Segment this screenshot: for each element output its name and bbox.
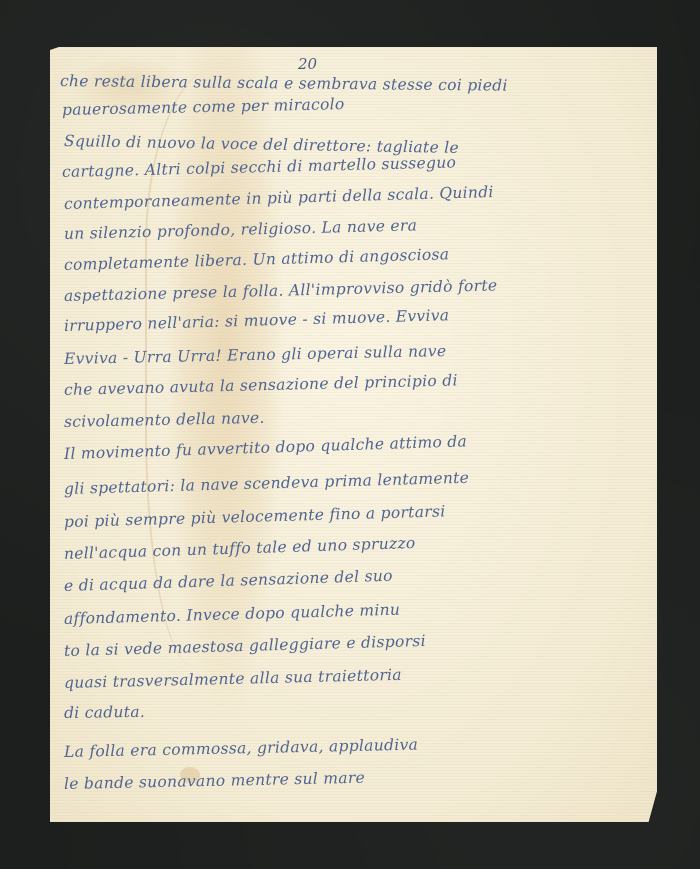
manuscript-line-11: che avevano avuta la sensazione del prin…: [64, 371, 458, 399]
manuscript-line-2: pauerosamente come per miracolo: [62, 95, 345, 119]
manuscript-line-17: e di acqua da dare la sensazione del suo: [64, 567, 393, 595]
manuscript-line-3: Squillo di nuovo la voce del direttore: …: [64, 132, 459, 157]
manuscript-line-16: nell'acqua con un tuffo tale ed uno spru…: [64, 534, 416, 563]
manuscript-line-15: poi più sempre più velocemente fino a po…: [64, 502, 446, 531]
manuscript-line-19: to la si vede maestosa galleggiare e dis…: [64, 632, 426, 660]
manuscript-line-20: quasi trasversalmente alla sua traiettor…: [64, 666, 402, 692]
manuscript-line-8: aspettazione prese la folla. All'improvv…: [64, 276, 498, 305]
manuscript-line-12: scivolamento della nave.: [64, 409, 265, 431]
manuscript-line-22: La folla era commossa, gridava, applaudi…: [64, 736, 418, 761]
manuscript-line-9: irruppero nell'aria: si muove - si muove…: [64, 306, 450, 335]
manuscript-line-4: cartagne. Altri colpi secchi di martello…: [62, 153, 457, 181]
manuscript-page: 20 che resta libera sulla scala e sembra…: [50, 47, 657, 822]
page-number: 20: [298, 55, 317, 73]
manuscript-line-10: Evviva - Urra Urra! Erano gli operai sul…: [64, 342, 447, 368]
manuscript-line-13: Il movimento fu avvertito dopo qualche a…: [64, 432, 468, 463]
manuscript-line-21: di caduta.: [64, 703, 145, 722]
manuscript-line-14: gli spettatori: la nave scendeva prima l…: [64, 469, 470, 498]
manuscript-line-5: contemporaneamente in più parti della sc…: [64, 183, 494, 213]
manuscript-line-7: completamente libera. Un attimo di angos…: [64, 245, 450, 274]
manuscript-line-23: le bande suonavano mentre sul mare: [64, 769, 365, 793]
manuscript-line-18: affondamento. Invece dopo qualche minu: [64, 601, 401, 628]
manuscript-line-6: un silenzio profondo, religioso. La nave…: [64, 216, 418, 243]
manuscript-line-1: che resta libera sulla scala e sembrava …: [60, 72, 508, 95]
